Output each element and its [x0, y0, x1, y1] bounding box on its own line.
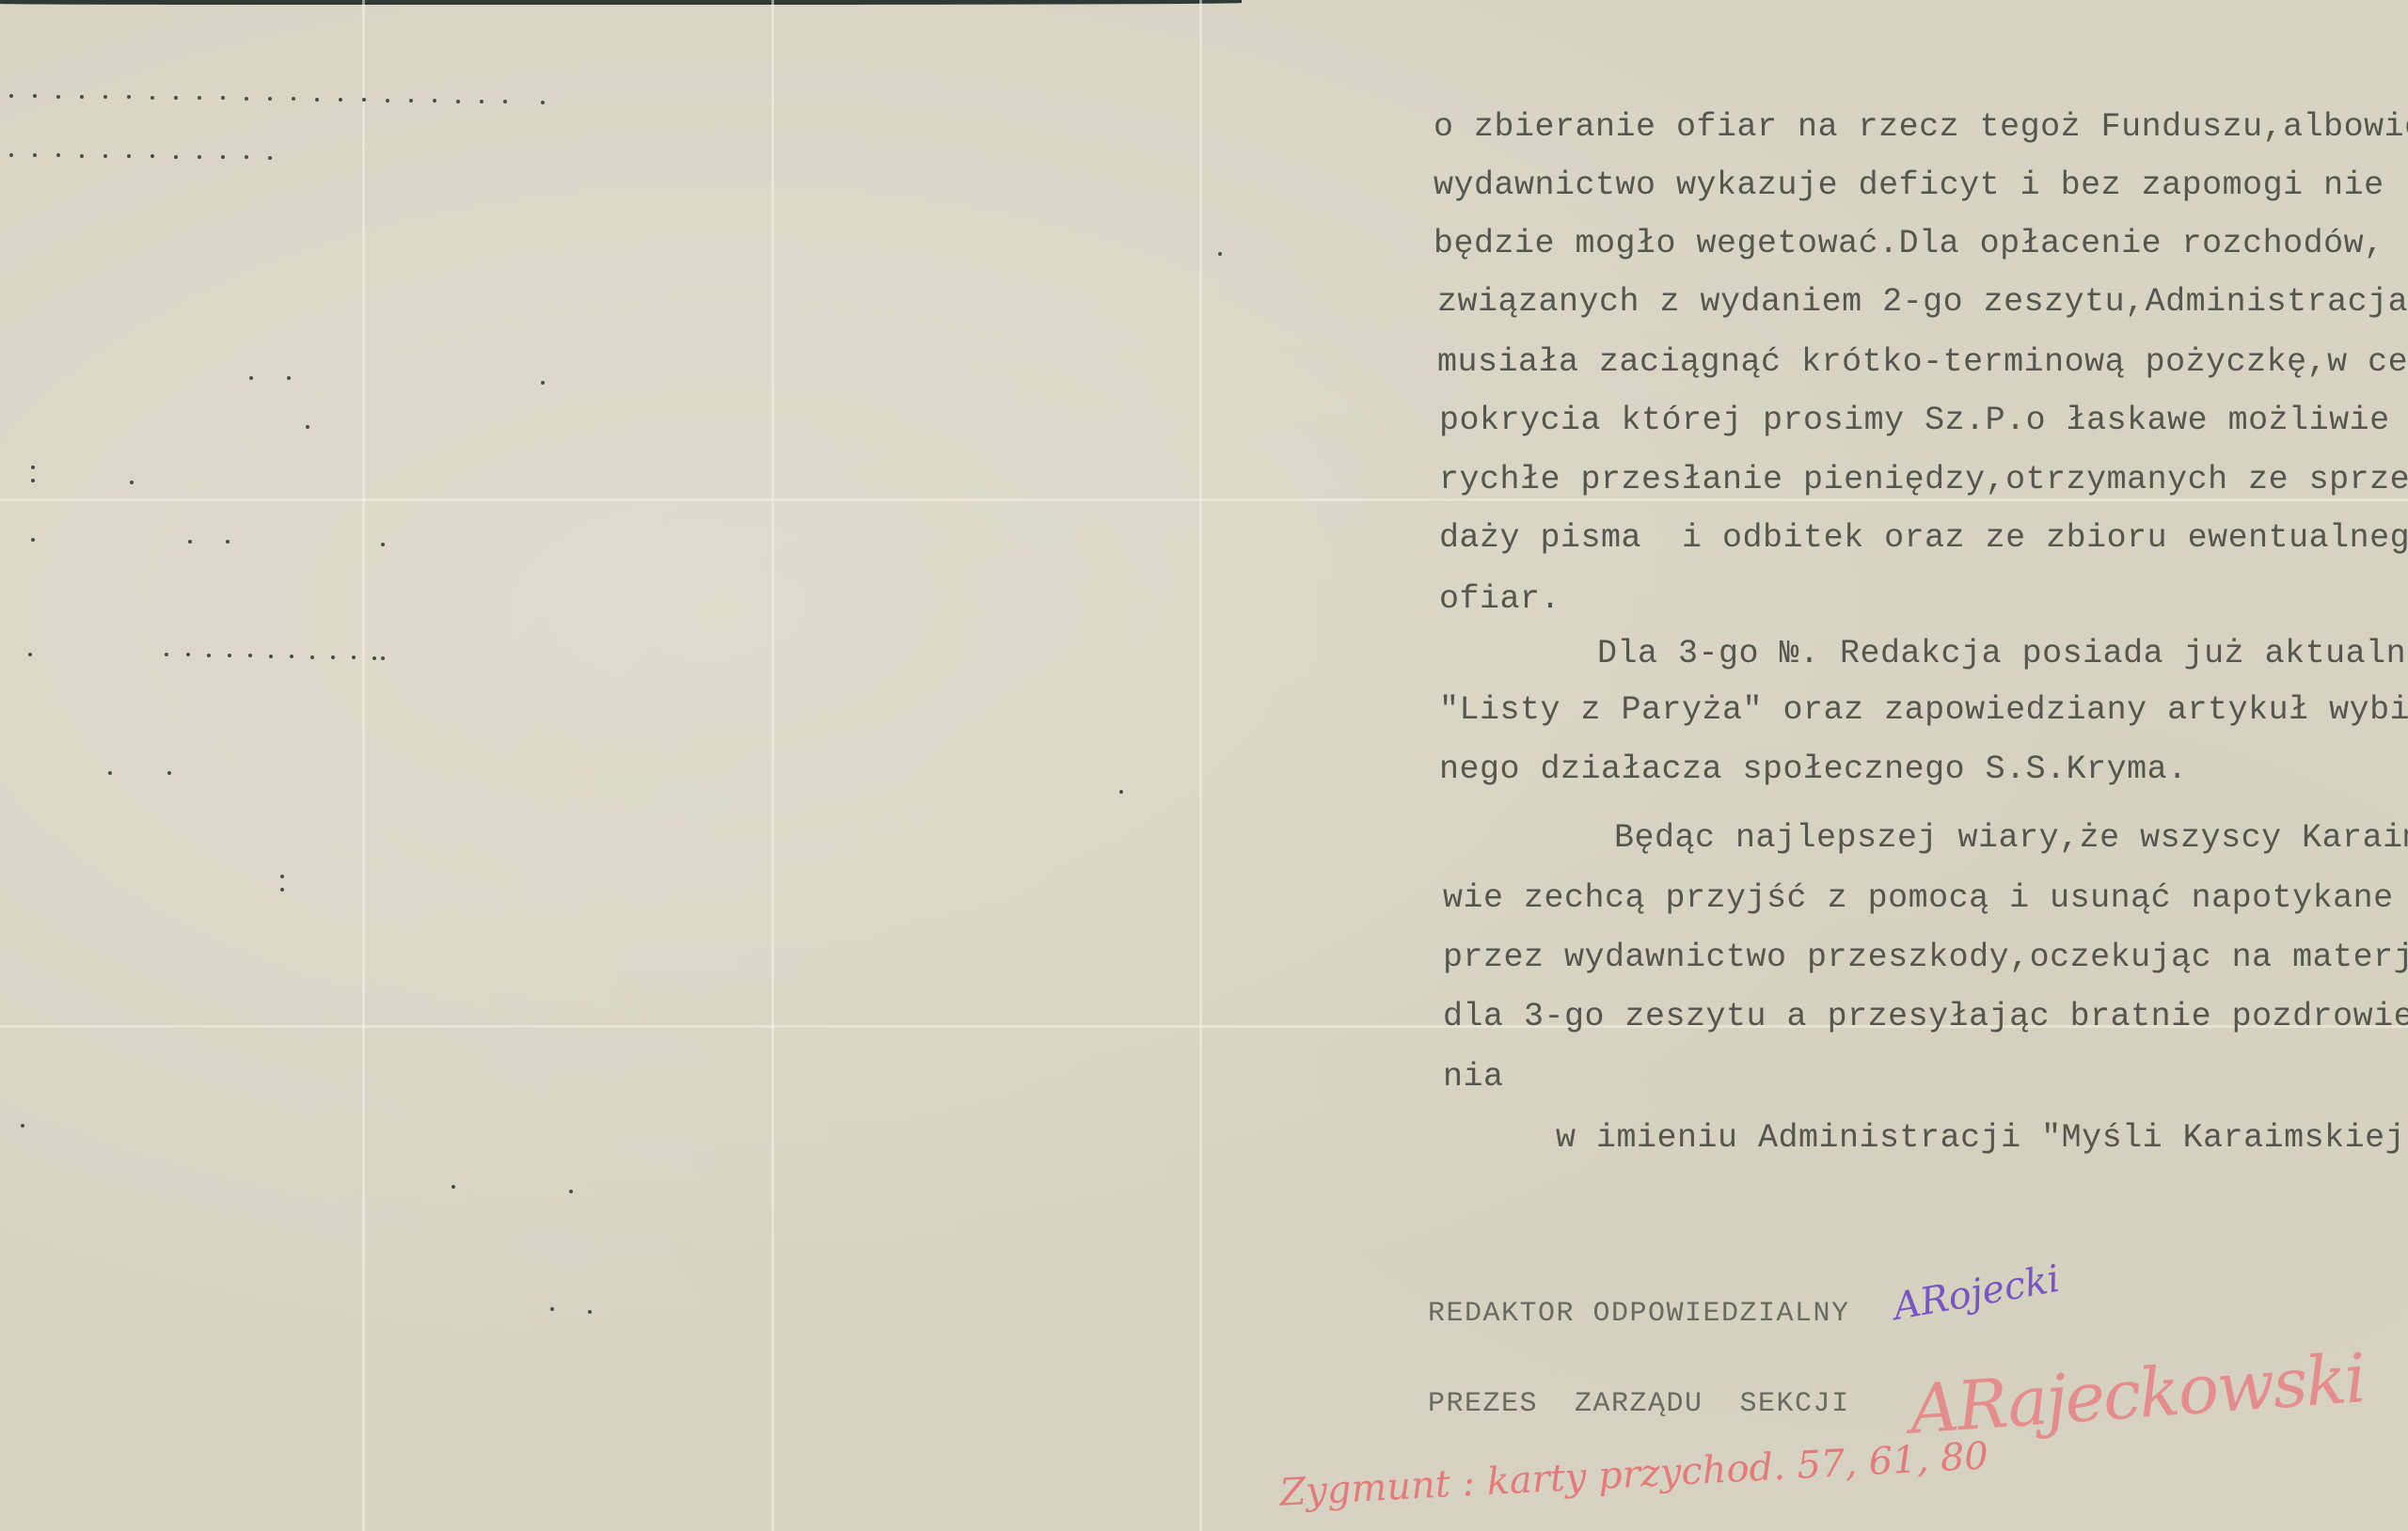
letter-line: dla 3-go zeszytu a przesyłając bratnie p… [1443, 1001, 2408, 1034]
letter-line: "Listy z Paryża" oraz zapowiedziany arty… [1439, 694, 2408, 727]
fold-line-vertical [1199, 0, 1202, 1531]
letter-line: przez wydawnictwo przeszkody,oczekując n… [1443, 941, 2408, 974]
letter-line: nia [1443, 1061, 1504, 1094]
letter-line: wydawnictwo wykazuje deficyt i bez zapom… [1434, 169, 2384, 202]
letter-line: Dla 3-go №. Redakcja posiada już aktualn… [1597, 638, 2408, 671]
president-label: PREZES ZARZĄDU SEKCJI [1428, 1388, 1850, 1420]
letter-line: ofiar. [1439, 583, 1560, 616]
handwritten-note: Zygmunt : karty przychod. 57, 61, 80 [1278, 1434, 1989, 1514]
letter-line: Będąc najlepszej wiary,że wszyscy Karaim… [1614, 822, 2408, 855]
editor-label: REDAKTOR ODPOWIEDZIALNY [1428, 1298, 1850, 1330]
paper-sheet: o zbieranie ofiar na rzecz tegoż Fundusz… [0, 0, 2408, 1531]
letter-line: daży pisma i odbitek oraz ze zbioru ewen… [1439, 522, 2408, 555]
letter-line: nego działacza społecznego S.S.Kryma. [1439, 753, 2188, 786]
fold-line-vertical [362, 0, 365, 1531]
letter-line: musiała zaciągnąć krótko-terminową pożyc… [1437, 346, 2408, 379]
editor-signature: ARojecki [1890, 1257, 2063, 1329]
fold-line-horizontal [0, 498, 2408, 501]
scan-top-edge [0, 0, 1242, 5]
letter-line: o zbieranie ofiar na rzecz tegoż Fundusz… [1434, 111, 2408, 144]
letter-line: będzie mogło wegetować.Dla opłacenie roz… [1434, 228, 2384, 260]
letter-line: pokrycia której prosimy Sz.P.o łaskawe m… [1439, 404, 2390, 437]
letter-closing: w imieniu Administracji "Myśli Karaimski… [1556, 1122, 2405, 1155]
letter-line: związanych z wydaniem 2-go zeszytu,Admin… [1437, 286, 2408, 319]
fold-line-vertical [771, 0, 774, 1531]
letter-line: wie zechcą przyjść z pomocą i usunąć nap… [1443, 882, 2394, 915]
letter-line: rychłe przesłanie pieniędzy,otrzymanych … [1439, 464, 2408, 497]
president-signature: ARajeckowski [1908, 1338, 2368, 1449]
